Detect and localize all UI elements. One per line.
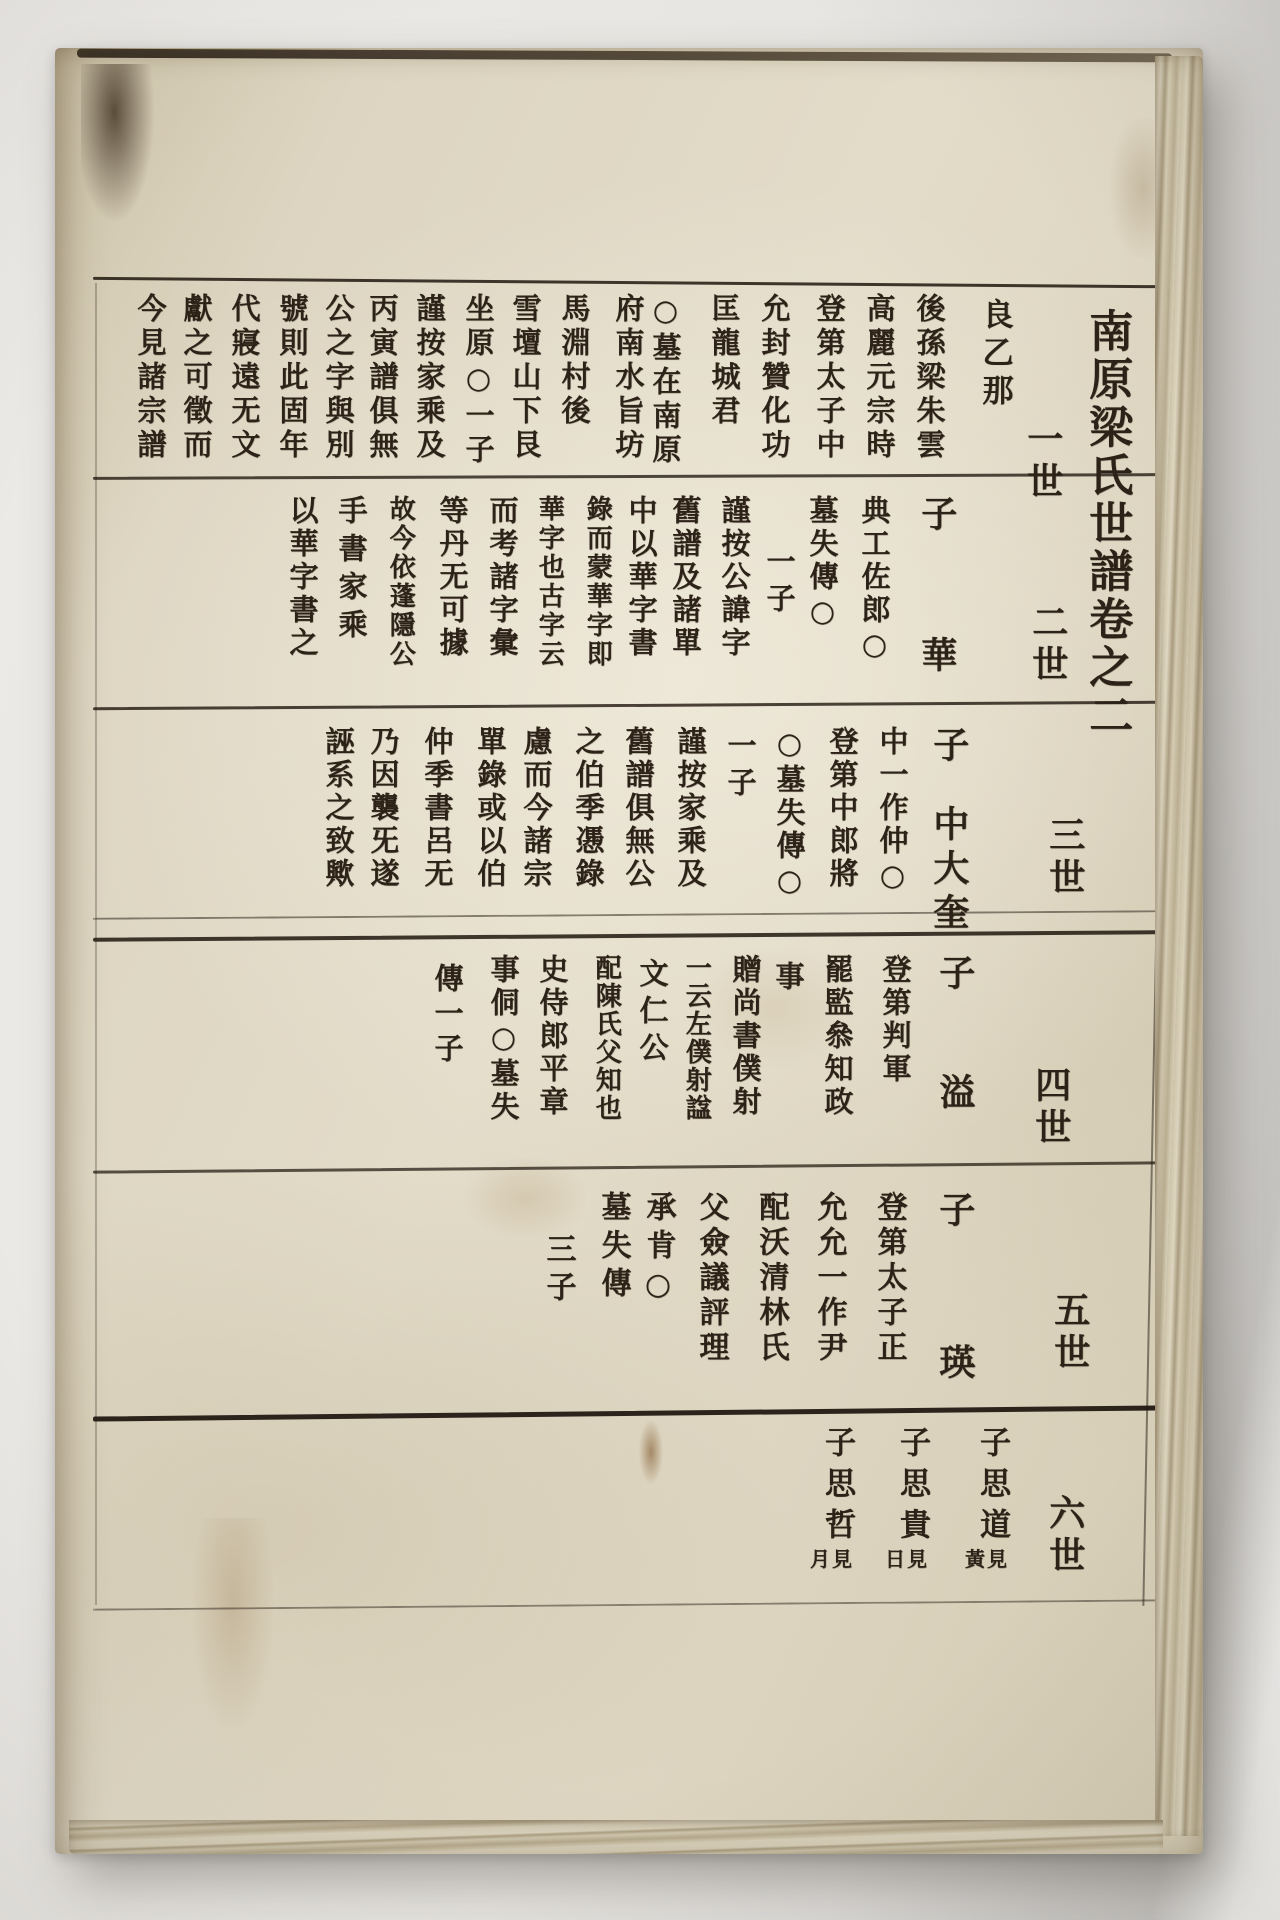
genealogy-text-column: 謹按家乘及 (414, 293, 444, 463)
genealogy-text-column: 墓失傳○ (807, 495, 837, 632)
genealogy-text-column: 事侗○墓失 (488, 954, 518, 1124)
genealogy-text-column: 手書家乘 (336, 495, 366, 647)
grid-line-top (93, 277, 1157, 288)
genealogy-text-column: 錄而蒙華字即 (583, 495, 610, 669)
person-name-segment: 子 (916, 495, 958, 531)
genealogy-text-column: 號則此固年 (277, 293, 307, 463)
genealogy-text-column: 獻之可徵而 (181, 293, 211, 463)
genealogy-text-column: 父僉議評理 (695, 1191, 727, 1366)
genealogy-text-column: 典工佐郎○ (859, 495, 889, 665)
person-name-column: 子中大奎 (929, 726, 967, 937)
genealogy-text-column: 配陳氏父知也 (592, 954, 619, 1122)
person-name-column: 子思哲月見 (808, 1426, 866, 1570)
genealogy-text-column: 坐原○一子 (463, 293, 493, 468)
genealogy-text-column: 謹按家乘及 (675, 726, 705, 891)
genealogy-text-column: 登第太子正 (873, 1191, 905, 1366)
person-name-segment: 中大奎 (928, 805, 970, 937)
generation-label-3: 三世 (1045, 816, 1083, 900)
genealogy-text-column: 三子 (542, 1233, 574, 1309)
genealogy-text-column: 高麗元宗時 (864, 293, 894, 463)
generation-label-5: 五世 (1050, 1291, 1088, 1375)
paper-stain (639, 1420, 663, 1484)
genealogy-text-column: 府南水旨坊 (613, 293, 643, 463)
genealogy-text-column: 慮而今諸宗 (521, 726, 551, 891)
person-name-segment: 子思哲 (819, 1426, 855, 1549)
genealogy-text-column: 中以華字書 (626, 495, 656, 660)
person-name-segment: 子 (934, 954, 976, 990)
genealogy-text-column: 允允一作尹 (813, 1191, 845, 1366)
genealogy-text-column: 傳一子 (432, 963, 462, 1068)
genealogy-text-column: 文仁公 (637, 958, 667, 1069)
genealogy-text-column: 罷監叅知政 (822, 954, 852, 1119)
person-name-segment: 子 (934, 1191, 976, 1227)
grid-line-bottom (93, 1599, 1157, 1610)
generation-label-6: 六世 (1045, 1494, 1083, 1578)
person-name-column: 子瑛 (935, 1191, 973, 1379)
person-name-segment: 子 (928, 726, 970, 770)
ink-stain (81, 64, 155, 224)
page-reference-note: 月見 (810, 1549, 854, 1570)
genealogy-text-column: 舊譜及諸單 (670, 495, 700, 660)
page-stack-right-edge (1155, 56, 1203, 1836)
grid-line-4 (93, 1161, 1157, 1173)
genealogy-book-page: 南原梁氏世譜卷之二 良乙那 一世 二世 三世 四世 五世 六世 後孫梁朱雲高麗元… (55, 48, 1203, 1854)
genealogy-text-column: 而考諸字彙 (487, 495, 517, 660)
genealogy-text-column: 馬淵村後 (559, 293, 589, 429)
book-cover-edge (77, 49, 1172, 63)
genealogy-text-column: 單錄或以伯 (475, 726, 505, 891)
generation-label-4: 四世 (1031, 1066, 1069, 1150)
genealogy-text-column: 代寢遠无文 (229, 293, 259, 463)
genealogy-text-column: 贈尚書僕射 (730, 954, 760, 1119)
genealogy-text-column: 匡龍城君 (709, 293, 739, 429)
grid-line-5 (93, 1405, 1157, 1421)
book-title: 南原梁氏世譜卷之二 (1083, 308, 1129, 740)
paper-stain (193, 1518, 273, 1728)
grid-line-3 (93, 930, 1157, 941)
page-reference-note: 日見 (885, 1549, 929, 1570)
progenitor-name: 良乙那 (978, 298, 1011, 412)
generation-label-1: 一世 (1023, 420, 1061, 504)
genealogy-text-column: 配沃清林氏 (755, 1191, 787, 1366)
genealogy-text-column: 一子 (725, 730, 755, 804)
genealogy-text-column: 等丹无可據 (437, 495, 467, 660)
grid-line-1 (93, 473, 1157, 480)
genealogy-text-column: 一云左僕射諡 (682, 954, 709, 1122)
genealogy-text-column: 登第判軍 (880, 954, 910, 1086)
generation-label-2: 二世 (1028, 603, 1066, 687)
genealogy-text-column: 丙寅譜俱無 (367, 293, 397, 463)
person-name-column: 子思貴日見 (883, 1426, 941, 1570)
grid-line-left (95, 283, 97, 1605)
genealogy-text-column: 舊譜俱無公 (623, 726, 653, 891)
person-name-segment: 瑛 (934, 1343, 976, 1379)
genealogy-text-column: 以華字書之 (287, 495, 317, 660)
genealogy-text-column: 登第太子中 (814, 293, 844, 463)
genealogy-text-column: 華字也古字云 (535, 495, 562, 669)
grid-line-3-dashed (93, 910, 1157, 919)
genealogy-text-column: 事 (773, 961, 803, 990)
genealogy-text-column: ○墓在南原 (650, 293, 680, 468)
genealogy-text-column: 謹按公諱字 (719, 495, 749, 660)
person-name-segment: 華 (916, 636, 958, 672)
genealogy-text-column: 誣系之致歟 (323, 726, 353, 891)
person-name-segment: 子思道 (974, 1426, 1010, 1549)
genealogy-text-column: 仲季書呂无 (422, 726, 452, 891)
page-reference-note: 黃見 (965, 1549, 1009, 1570)
genealogy-text-column: 乃因襲旡遂 (368, 726, 398, 891)
person-name-segment: 子思貴 (894, 1426, 930, 1549)
genealogy-text-column: ○墓失傳○ (774, 726, 804, 901)
genealogy-text-column: 故今依蓬隱公 (386, 495, 413, 669)
genealogy-text-column: 承肯○ (642, 1191, 674, 1310)
genealogy-text-column: 後孫梁朱雲 (914, 293, 944, 463)
genealogy-text-column: 公之字與別 (323, 293, 353, 463)
photo-backdrop: 南原梁氏世譜卷之二 良乙那 一世 二世 三世 四世 五世 六世 後孫梁朱雲高麗元… (0, 0, 1280, 1920)
genealogy-text-column: 史侍郎平章 (537, 954, 567, 1119)
genealogy-text-column: 中一作仲○ (877, 726, 907, 896)
genealogy-text-column: 今見諸宗譜 (135, 293, 165, 463)
genealogy-text-column: 雪壇山下艮 (510, 293, 540, 463)
genealogy-text-column: 一子 (764, 546, 794, 620)
genealogy-text-column: 登第中郎將 (827, 726, 857, 891)
person-name-column: 子思道黃見 (963, 1426, 1021, 1570)
page-stack-bottom-edge (69, 1820, 1163, 1854)
genealogy-text-column: 墓失傳 (597, 1191, 629, 1305)
genealogy-text-column: 之伯季慿錄 (573, 726, 603, 891)
person-name-segment: 溢 (934, 1073, 976, 1109)
genealogy-text-column: 允封贊化功 (759, 293, 789, 463)
person-name-column: 子華 (917, 495, 955, 672)
person-name-column: 子溢 (935, 954, 973, 1109)
grid-line-2 (93, 701, 1157, 710)
